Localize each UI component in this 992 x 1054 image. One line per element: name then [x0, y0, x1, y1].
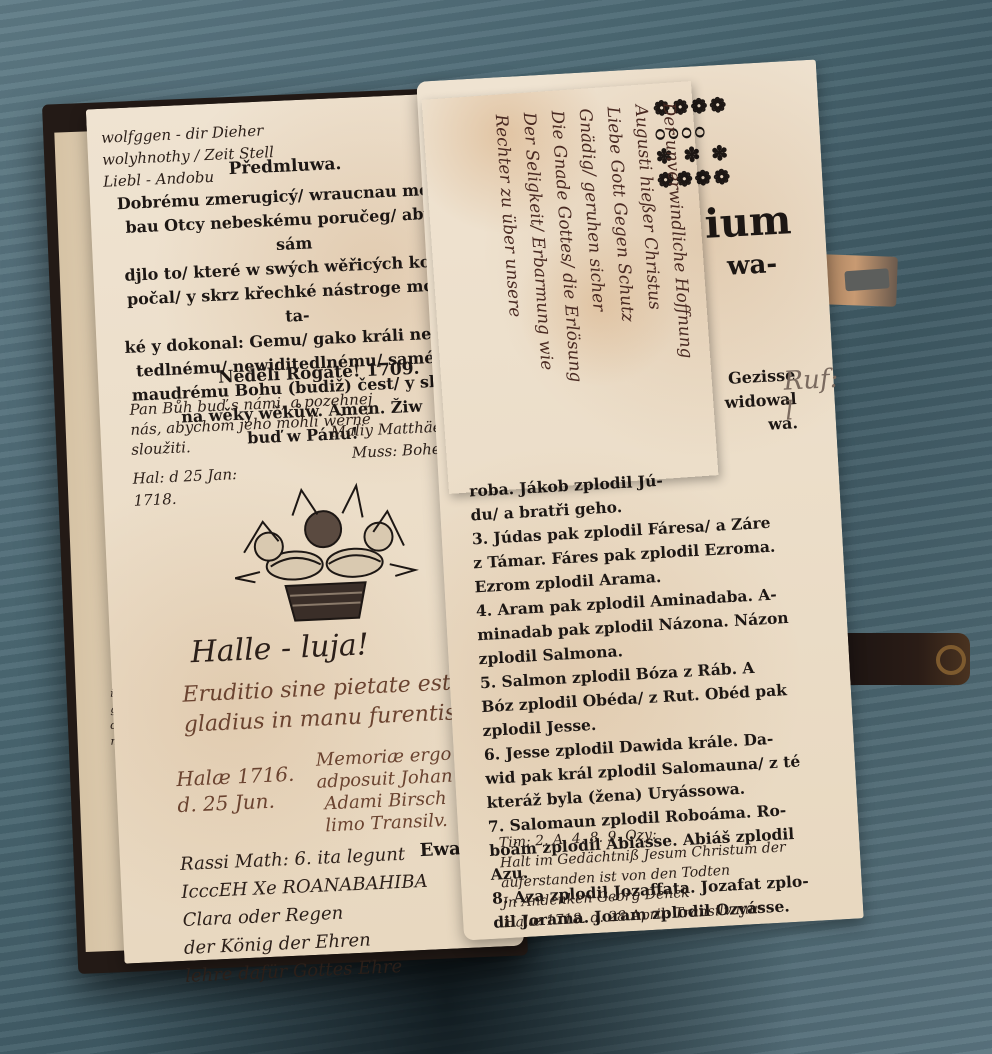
handwritten-bottom-notes: Rassi Math: 6. ita legunt IcccEH Xe ROAN… — [180, 837, 506, 991]
clasp-plate — [844, 268, 889, 291]
fruit-basket-woodcut-icon — [221, 475, 428, 634]
title-fragment: ium — [703, 196, 792, 248]
inserted-handwritten-slip: Der unverwindliche Hoffnung Augusti hieß… — [422, 81, 719, 494]
memoria-dedication: Memoriæ ergo adposuit Johan Adami Birsch… — [315, 744, 455, 838]
clasp-ring — [936, 645, 966, 675]
title-fragment-2: wa- — [726, 252, 777, 279]
handwritten-right-notes: Tim: 2. A. 4. 8. 9. Ozy: Halt im Gedächt… — [498, 814, 843, 933]
preface-title: Předmluwa. — [228, 152, 342, 181]
slip-text: Der unverwindliche Hoffnung Augusti hieß… — [443, 102, 709, 498]
margin-note: Ruf: l — [783, 364, 841, 427]
handwritten-halleluja: Halle - luja! — [190, 627, 370, 670]
handwritten-date-1716: Halæ 1716. d. 25 Jun. — [176, 761, 296, 818]
leather-clasp-bottom — [840, 633, 970, 685]
